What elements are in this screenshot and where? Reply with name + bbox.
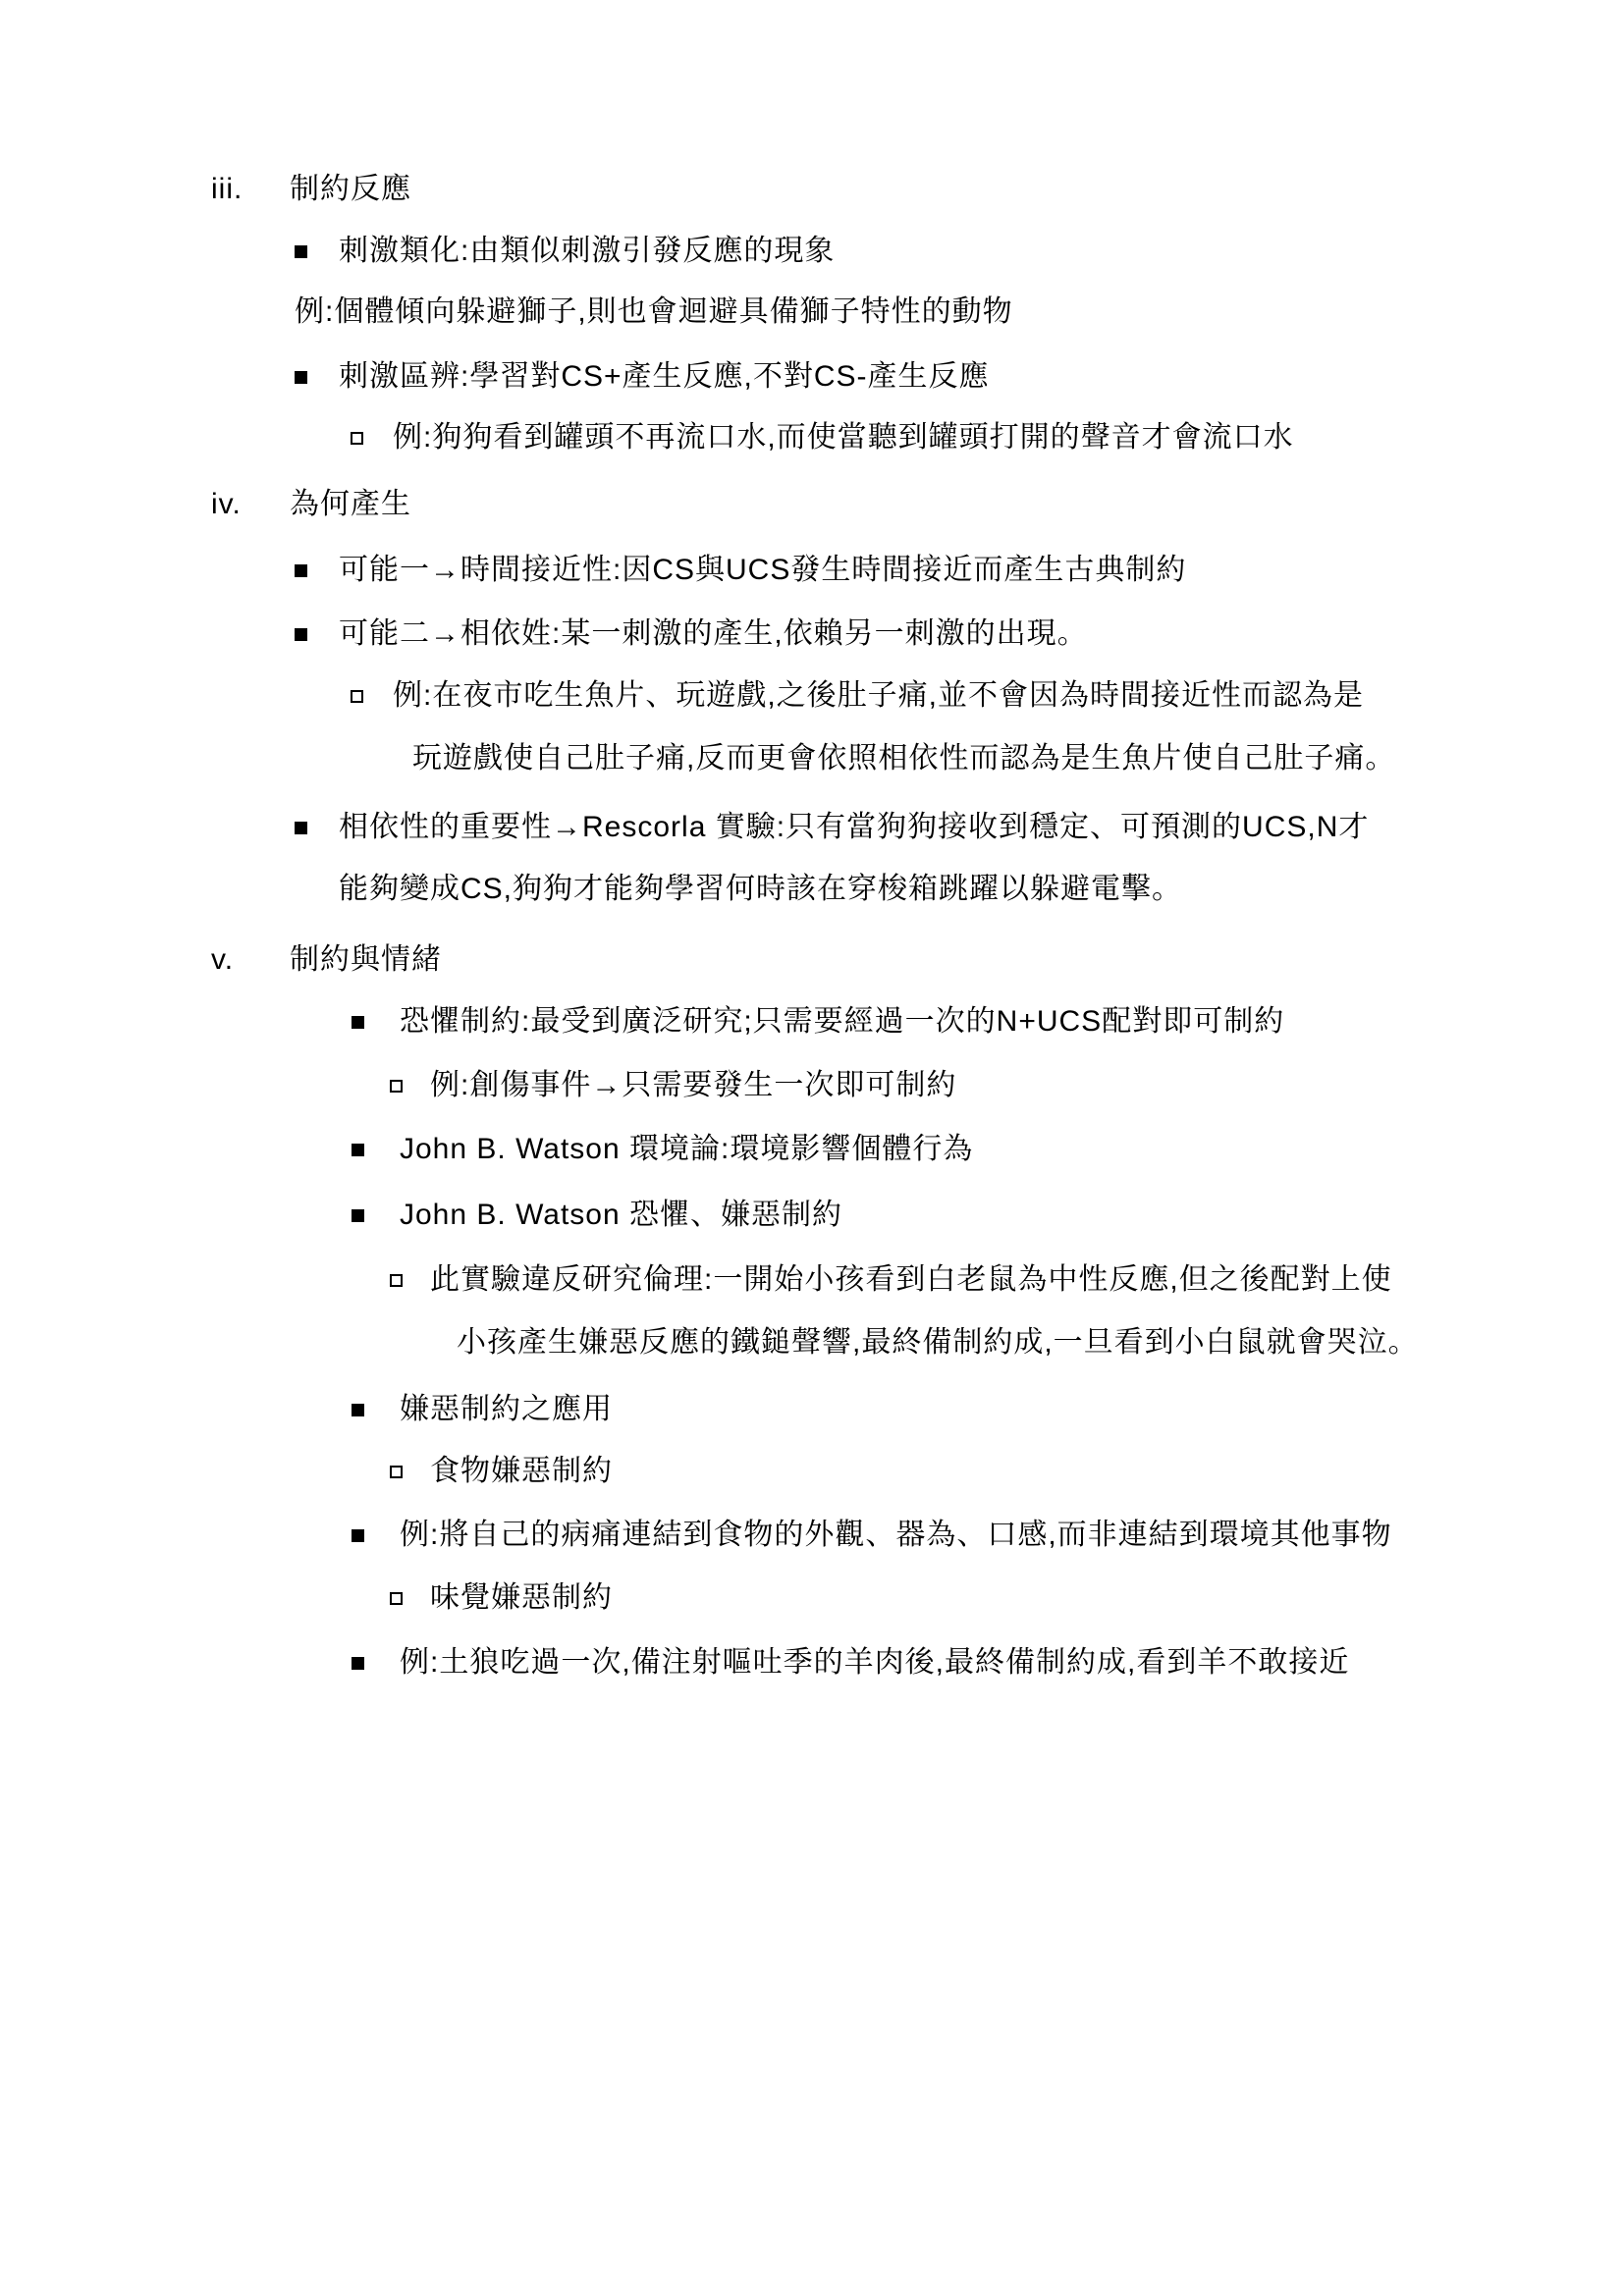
hollow-square-bullet-icon bbox=[390, 1080, 403, 1093]
roman-numeral-marker: iv. bbox=[211, 484, 242, 525]
list-item-text: 制約與情緒 bbox=[290, 939, 442, 981]
bullet-item: 刺激區辨:學習對CS+產生反應,不對CS-產生反應 bbox=[0, 356, 1624, 401]
hollow-square-bullet-icon bbox=[390, 1466, 403, 1478]
sub-bullet-item: 此實驗違反研究倫理:一開始小孩看到白老鼠為中性反應,但之後配對上使 bbox=[0, 1259, 1624, 1305]
list-item-text: 例:土狼吃過一次,備注射嘔吐季的羊肉後,最終備制約成,看到羊不敢接近 bbox=[400, 1642, 1349, 1683]
sub-bullet-item: 食物嫌惡制約 bbox=[0, 1451, 1624, 1496]
list-item-text: 味覺嫌惡制約 bbox=[430, 1577, 613, 1619]
filled-square-bullet-icon bbox=[352, 1657, 364, 1670]
list-item-heading: iii. 制約反應 bbox=[0, 169, 1624, 214]
list-item-heading: v. 制約與情緒 bbox=[0, 939, 1624, 985]
sub-bullet-item: 例:狗狗看到罐頭不再流口水,而使當聽到罐頭打開的聲音才會流口水 bbox=[0, 417, 1624, 462]
filled-square-bullet-icon bbox=[295, 628, 307, 641]
bullet-item: 例:將自己的病痛連結到食物的外觀、器為、口感,而非連結到環境其他事物 bbox=[0, 1515, 1624, 1560]
list-item-text: 刺激區辨:學習對CS+產生反應,不對CS-產生反應 bbox=[339, 356, 990, 398]
list-item-text: 例:個體傾向躲避獅子,則也會迴避具備獅子特性的動物 bbox=[295, 292, 1013, 333]
filled-square-bullet-icon bbox=[352, 1144, 364, 1156]
list-item-text: 制約反應 bbox=[290, 169, 411, 210]
document-page: iii. 制約反應 刺激類化:由類似刺激引發反應的現象 例:個體傾向躲避獅子,則… bbox=[0, 0, 1624, 2296]
list-item-text: 可能一→時間接近性:因CS與UCS發生時間接近而產生古典制約 bbox=[339, 550, 1186, 591]
filled-square-bullet-icon bbox=[295, 822, 307, 834]
list-item-text: 為何產生 bbox=[290, 484, 411, 525]
filled-square-bullet-icon bbox=[295, 564, 307, 577]
roman-numeral-marker: iii. bbox=[211, 169, 243, 210]
list-item-text: John B. Watson 恐懼、嫌惡制約 bbox=[400, 1195, 842, 1236]
continuation-line: 能夠變成CS,狗狗才能夠學習何時該在穿梭箱跳躍以躲避電擊。 bbox=[0, 869, 1624, 914]
filled-square-bullet-icon bbox=[352, 1209, 364, 1222]
filled-square-bullet-icon bbox=[352, 1529, 364, 1542]
list-item-text: 例:在夜市吃生魚片、玩遊戲,之後肚子痛,並不會因為時間接近性而認為是 bbox=[393, 675, 1364, 717]
list-item-text: 嫌惡制約之應用 bbox=[400, 1389, 613, 1430]
continuation-line: 玩遊戲使自己肚子痛,反而更會依照相依性而認為是生魚片使自己肚子痛。 bbox=[0, 738, 1624, 783]
list-item-text: 玩遊戲使自己肚子痛,反而更會依照相依性而認為是生魚片使自己肚子痛。 bbox=[412, 738, 1395, 779]
list-item-text: 例:將自己的病痛連結到食物的外觀、器為、口感,而非連結到環境其他事物 bbox=[400, 1515, 1392, 1556]
hollow-square-bullet-icon bbox=[390, 1274, 403, 1287]
sub-bullet-item: 例:在夜市吃生魚片、玩遊戲,之後肚子痛,並不會因為時間接近性而認為是 bbox=[0, 675, 1624, 721]
bullet-item: 可能二→相依姓:某一刺激的產生,依賴另一刺激的出現。 bbox=[0, 614, 1624, 659]
roman-numeral-marker: v. bbox=[211, 939, 234, 981]
sub-bullet-item: 味覺嫌惡制約 bbox=[0, 1577, 1624, 1623]
hollow-square-bullet-icon bbox=[351, 432, 363, 445]
list-item-text: 例:創傷事件→只需要發生一次即可制約 bbox=[430, 1065, 956, 1106]
list-item-text: 小孩產生嫌惡反應的鐵鎚聲響,最終備制約成,一旦看到小白鼠就會哭泣。 bbox=[457, 1322, 1419, 1363]
list-item-text: 此實驗違反研究倫理:一開始小孩看到白老鼠為中性反應,但之後配對上使 bbox=[430, 1259, 1392, 1301]
list-item-text: 能夠變成CS,狗狗才能夠學習何時該在穿梭箱跳躍以躲避電擊。 bbox=[339, 869, 1182, 910]
list-item-text: 恐懼制約:最受到廣泛研究;只需要經過一次的N+UCS配對即可制約 bbox=[400, 1001, 1284, 1042]
filled-square-bullet-icon bbox=[352, 1404, 364, 1416]
filled-square-bullet-icon bbox=[295, 371, 307, 384]
bullet-item: 可能一→時間接近性:因CS與UCS發生時間接近而產生古典制約 bbox=[0, 550, 1624, 595]
bullet-item: 嫌惡制約之應用 bbox=[0, 1389, 1624, 1434]
list-item-text: 刺激類化:由類似刺激引發反應的現象 bbox=[339, 231, 835, 272]
hollow-square-bullet-icon bbox=[351, 690, 363, 703]
list-item-text: 可能二→相依姓:某一刺激的產生,依賴另一刺激的出現。 bbox=[339, 614, 1088, 655]
bullet-item: John B. Watson 恐懼、嫌惡制約 bbox=[0, 1195, 1624, 1240]
filled-square-bullet-icon bbox=[295, 245, 307, 258]
bullet-item: 例:土狼吃過一次,備注射嘔吐季的羊肉後,最終備制約成,看到羊不敢接近 bbox=[0, 1642, 1624, 1687]
list-item-text: John B. Watson 環境論:環境影響個體行為 bbox=[400, 1129, 973, 1170]
bullet-item: John B. Watson 環境論:環境影響個體行為 bbox=[0, 1129, 1624, 1174]
list-item-text: 例:狗狗看到罐頭不再流口水,而使當聽到罐頭打開的聲音才會流口水 bbox=[393, 417, 1294, 458]
bullet-item: 恐懼制約:最受到廣泛研究;只需要經過一次的N+UCS配對即可制約 bbox=[0, 1001, 1624, 1046]
example-line: 例:個體傾向躲避獅子,則也會迴避具備獅子特性的動物 bbox=[0, 292, 1624, 337]
bullet-item: 刺激類化:由類似刺激引發反應的現象 bbox=[0, 231, 1624, 276]
continuation-line: 小孩產生嫌惡反應的鐵鎚聲響,最終備制約成,一旦看到小白鼠就會哭泣。 bbox=[0, 1322, 1624, 1367]
list-item-text: 相依性的重要性→Rescorla 實驗:只有當狗狗接收到穩定、可預測的UCS,N… bbox=[339, 807, 1369, 848]
bullet-item: 相依性的重要性→Rescorla 實驗:只有當狗狗接收到穩定、可預測的UCS,N… bbox=[0, 807, 1624, 852]
sub-bullet-item: 例:創傷事件→只需要發生一次即可制約 bbox=[0, 1065, 1624, 1110]
list-item-text: 食物嫌惡制約 bbox=[430, 1451, 613, 1492]
filled-square-bullet-icon bbox=[352, 1016, 364, 1029]
hollow-square-bullet-icon bbox=[390, 1592, 403, 1605]
list-item-heading: iv. 為何產生 bbox=[0, 484, 1624, 529]
